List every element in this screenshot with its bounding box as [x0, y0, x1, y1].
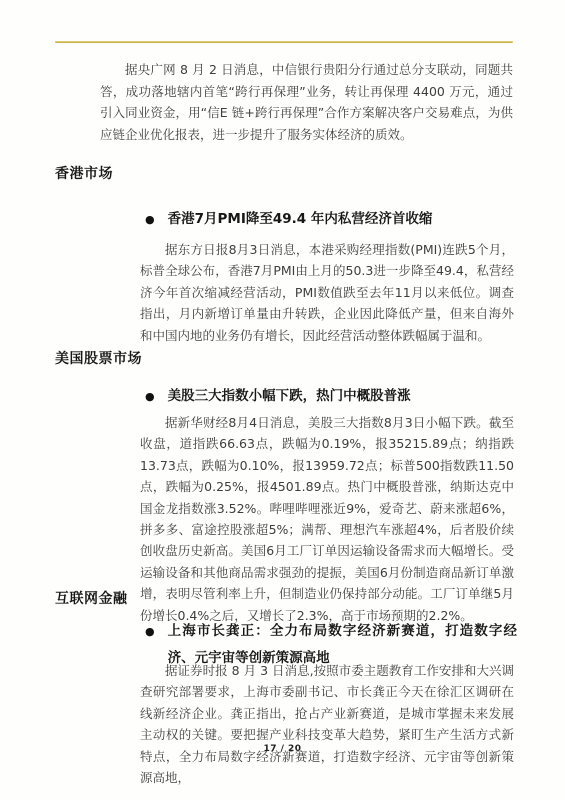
- news-body-us-indices: 据新华财经8月4日消息，美股三大指数8月3日小幅下跌。截至收盘，道指跌66.63…: [140, 412, 514, 626]
- bullet-icon: ●: [145, 383, 155, 410]
- document-page: 据央广网 8 月 2 日消息，中信银行贵阳分行通过总分支联动，同题共答，成功落地…: [0, 0, 565, 800]
- news-headline-hk-pmi: 香港7月PMI降至49.4 年内私营经济首收缩: [168, 206, 433, 233]
- news-headline-us-indices: 美股三大指数小幅下跌，热门中概股普涨: [168, 383, 411, 410]
- page-number: 17 / 20: [0, 744, 565, 754]
- section-title-hong-kong-market: 香港市场: [55, 163, 113, 183]
- header-accent-rule: [55, 41, 513, 43]
- news-item-hk-pmi: ● 香港7月PMI降至49.4 年内私营经济首收缩: [145, 206, 517, 233]
- bullet-icon: ●: [145, 618, 155, 645]
- section-title-us-stock-market: 美国股票市场: [55, 348, 142, 368]
- bullet-icon: ●: [145, 206, 155, 233]
- news-body-hk-pmi: 据东方日报8月3日消息，本港采购经理指数(PMI)连跌5个月，标普全球公布，香港…: [140, 239, 514, 346]
- section-title-internet-finance: 互联网金融: [55, 588, 128, 608]
- news-item-us-indices: ● 美股三大指数小幅下跌，热门中概股普涨: [145, 383, 517, 410]
- intro-continuation-paragraph: 据央广网 8 月 2 日消息，中信银行贵阳分行通过总分支联动，同题共答，成功落地…: [100, 59, 513, 145]
- news-body-shanghai-digital-economy: 据证券时报 8 月 3 日消息,按照市委主题教育工作安排和大兴调查研究部署要求，…: [140, 660, 514, 788]
